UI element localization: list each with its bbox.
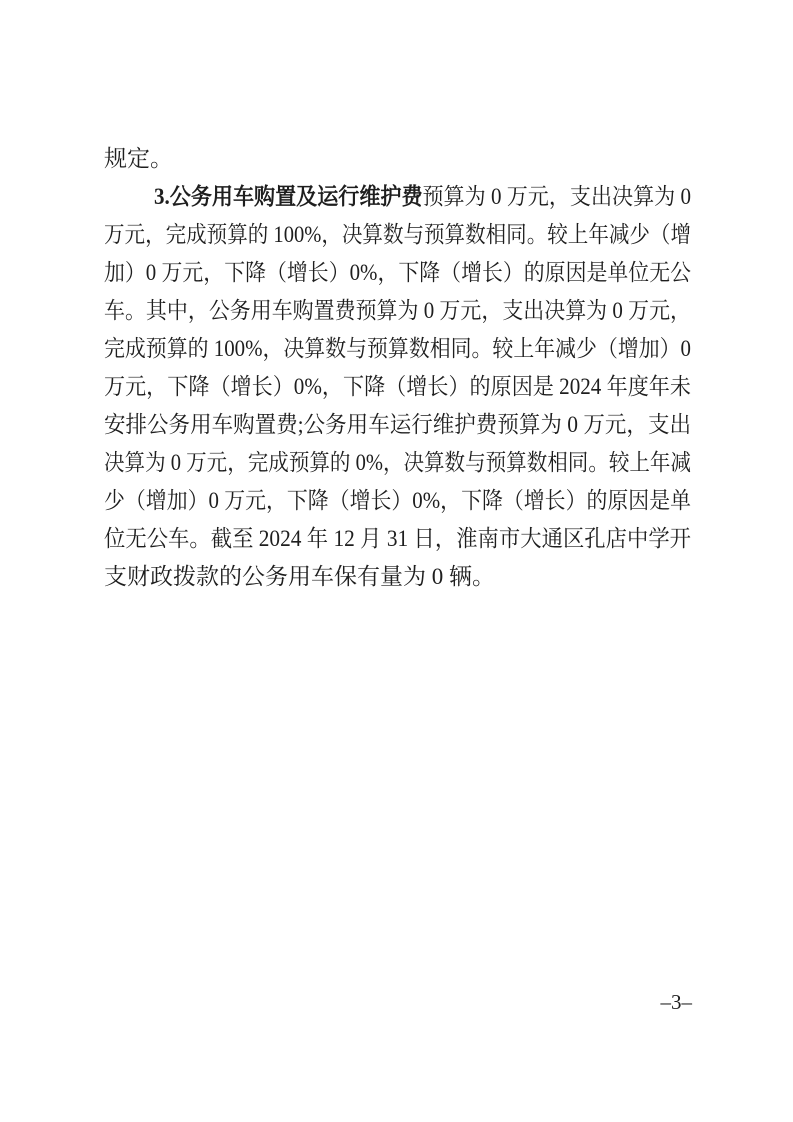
text-line-5-text: 车。其中，公务用车购置费预算为 0 万元，支出决算为 0 万元， [104,292,691,330]
text-line-2: 3.公务用车购置及运行维护费预算为 0 万元，支出决算为 0 [104,178,691,216]
text-line-8-text: 安排公务用车购置费;公务用车运行维护费预算为 0 万元，支出 [104,406,691,444]
text-line-11: 位无公车。截至 2024 年 12 月 31 日，淮南市大通区孔店中学开 [104,520,691,558]
text-line-10: 少（增加）0 万元，下降（增长）0%，下降（增长）的原因是单 [104,482,691,520]
text-line-2-text: 3.公务用车购置及运行维护费预算为 0 万元，支出决算为 0 [154,178,691,216]
text-line-11-text: 位无公车。截至 2024 年 12 月 31 日，淮南市大通区孔店中学开 [104,520,691,558]
text-line-1-text: 规定。 [104,140,173,178]
text-line-4: 加）0 万元，下降（增长）0%，下降（增长）的原因是单位无公 [104,254,691,292]
text-line-4-text: 加）0 万元，下降（增长）0%，下降（增长）的原因是单位无公 [104,254,691,292]
text-line-6: 完成预算的 100%，决算数与预算数相同。较上年减少（增加）0 [104,330,691,368]
page-number: –3– [661,990,693,1014]
text-segment: 预算为 0 万元，支出决算为 0 [422,184,690,209]
text-line-8: 安排公务用车购置费;公务用车运行维护费预算为 0 万元，支出 [104,406,691,444]
text-line-3: 万元，完成预算的 100%，决算数与预算数相同。较上年减少（增 [104,216,691,254]
text-line-9-text: 决算为 0 万元，完成预算的 0%，决算数与预算数相同。较上年减 [104,444,691,482]
text-line-10-text: 少（增加）0 万元，下降（增长）0%，下降（增长）的原因是单 [104,482,691,520]
paragraph-heading: 3.公务用车购置及运行维护费 [154,184,422,209]
text-line-12: 支财政拨款的公务用车保有量为 0 辆。 [104,558,691,596]
text-line-7-text: 万元，下降（增长）0%，下降（增长）的原因是 2024 年度年未 [104,368,691,406]
text-line-3-text: 万元，完成预算的 100%，决算数与预算数相同。较上年减少（增 [104,216,691,254]
text-line-1: 规定。 [104,140,691,178]
text-line-7: 万元，下降（增长）0%，下降（增长）的原因是 2024 年度年未 [104,368,691,406]
text-line-5: 车。其中，公务用车购置费预算为 0 万元，支出决算为 0 万元， [104,292,691,330]
text-line-9: 决算为 0 万元，完成预算的 0%，决算数与预算数相同。较上年减 [104,444,691,482]
text-line-12-text: 支财政拨款的公务用车保有量为 0 辆。 [104,558,495,596]
text-line-6-text: 完成预算的 100%，决算数与预算数相同。较上年减少（增加）0 [104,330,691,368]
document-page: 规定。 3.公务用车购置及运行维护费预算为 0 万元，支出决算为 0 万元，完成… [0,0,793,1122]
document-body-text: 规定。 3.公务用车购置及运行维护费预算为 0 万元，支出决算为 0 万元，完成… [104,140,691,596]
